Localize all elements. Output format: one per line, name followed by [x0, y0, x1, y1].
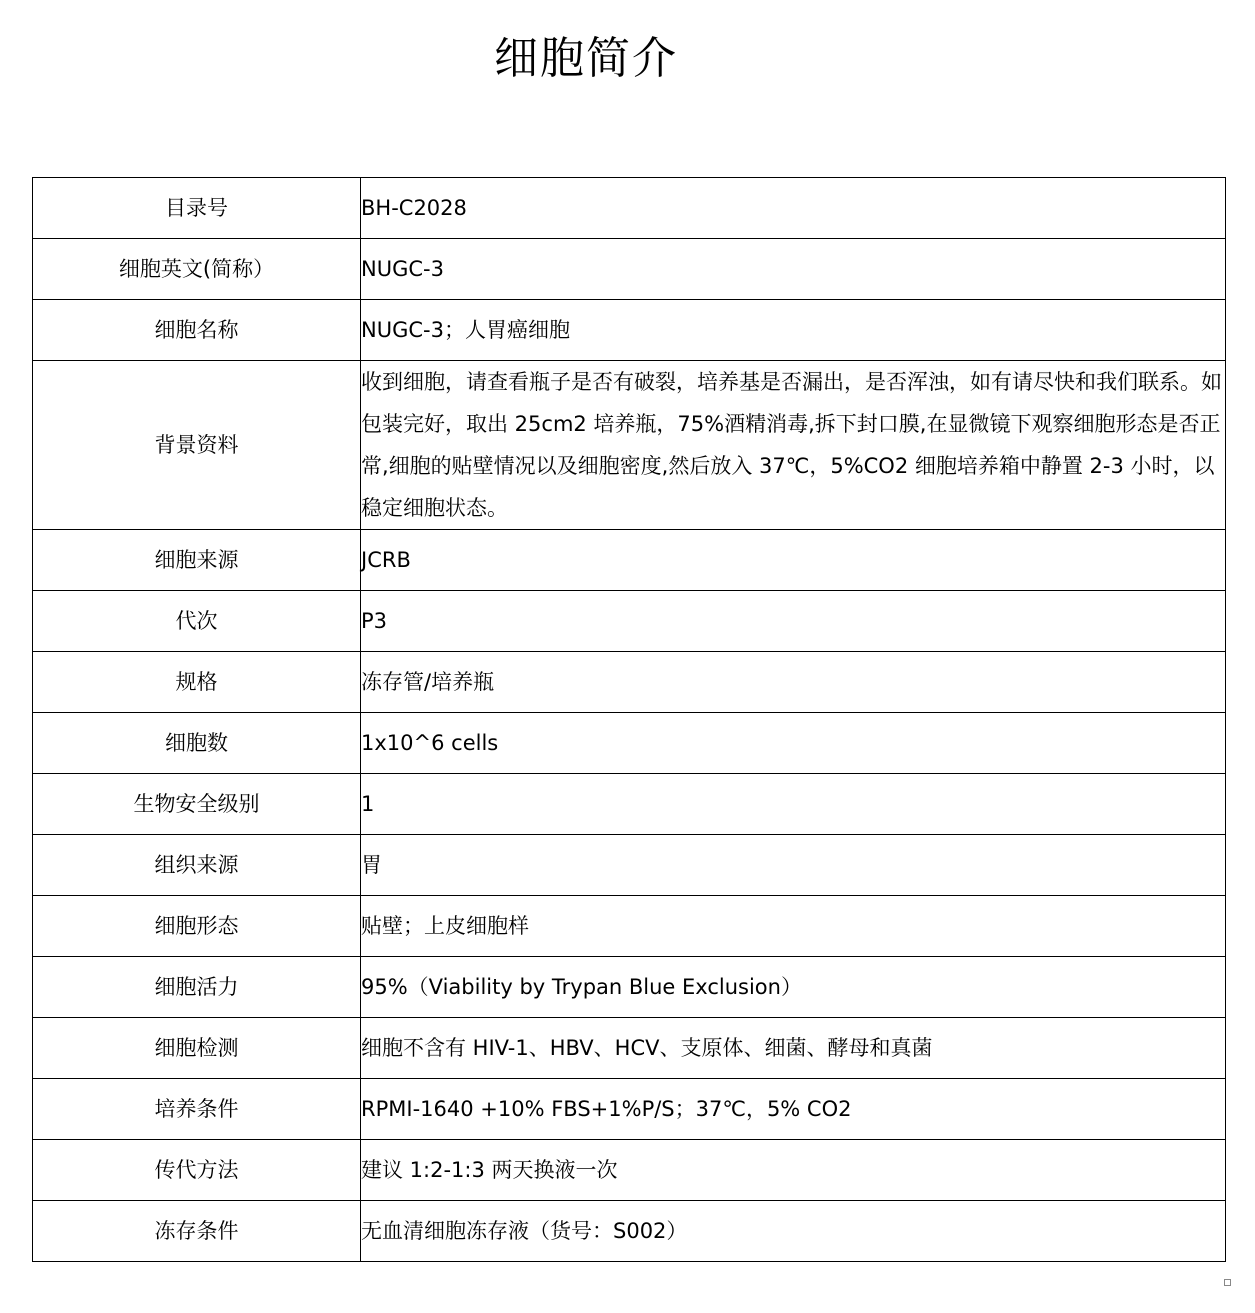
row-value: 胃 [361, 835, 1226, 896]
table-row-morphology: 细胞形态 贴壁；上皮细胞样 [33, 896, 1226, 957]
table-row-cell-name: 细胞名称 NUGC-3；人胃癌细胞 [33, 300, 1226, 361]
row-value: P3 [361, 591, 1226, 652]
table-row-source: 细胞来源 JCRB [33, 530, 1226, 591]
row-label: 培养条件 [33, 1079, 361, 1140]
table-row-freezing-conditions: 冻存条件 无血清细胞冻存液（货号：S002） [33, 1201, 1226, 1262]
row-value: NUGC-3 [361, 239, 1226, 300]
row-label: 细胞检测 [33, 1018, 361, 1079]
row-label: 生物安全级别 [33, 774, 361, 835]
row-label: 细胞活力 [33, 957, 361, 1018]
row-value: 收到细胞，请查看瓶子是否有破裂，培养基是否漏出，是否浑浊，如有请尽快和我们联系。… [361, 361, 1226, 530]
row-value: 95%（Viability by Trypan Blue Exclusion） [361, 957, 1226, 1018]
row-label: 规格 [33, 652, 361, 713]
row-label: 细胞英文(简称） [33, 239, 361, 300]
table-row-biosafety-level: 生物安全级别 1 [33, 774, 1226, 835]
row-value: 冻存管/培养瓶 [361, 652, 1226, 713]
row-label: 代次 [33, 591, 361, 652]
table-row-testing: 细胞检测 细胞不含有 HIV-1、HBV、HCV、支原体、细菌、酵母和真菌 [33, 1018, 1226, 1079]
row-label: 细胞名称 [33, 300, 361, 361]
row-label: 组织来源 [33, 835, 361, 896]
row-value: 细胞不含有 HIV-1、HBV、HCV、支原体、细菌、酵母和真菌 [361, 1018, 1226, 1079]
row-value: BH-C2028 [361, 178, 1226, 239]
page-title: 细胞简介 [0, 22, 1172, 86]
table-row-viability: 细胞活力 95%（Viability by Trypan Blue Exclus… [33, 957, 1226, 1018]
row-value: 1 [361, 774, 1226, 835]
cell-info-table: 目录号 BH-C2028 细胞英文(简称） NUGC-3 细胞名称 NUGC-3… [32, 177, 1226, 1262]
table-row-specification: 规格 冻存管/培养瓶 [33, 652, 1226, 713]
row-value: NUGC-3；人胃癌细胞 [361, 300, 1226, 361]
row-value: 1x10^6 cells [361, 713, 1226, 774]
row-label: 传代方法 [33, 1140, 361, 1201]
table-row-cell-count: 细胞数 1x10^6 cells [33, 713, 1226, 774]
table-row-background: 背景资料 收到细胞，请查看瓶子是否有破裂，培养基是否漏出，是否浑浊，如有请尽快和… [33, 361, 1226, 530]
row-label: 细胞形态 [33, 896, 361, 957]
table-row-passage-method: 传代方法 建议 1:2-1:3 两天换液一次 [33, 1140, 1226, 1201]
table-row-english-name: 细胞英文(简称） NUGC-3 [33, 239, 1226, 300]
row-value: 贴壁；上皮细胞样 [361, 896, 1226, 957]
row-label: 冻存条件 [33, 1201, 361, 1262]
row-label: 细胞数 [33, 713, 361, 774]
row-label: 目录号 [33, 178, 361, 239]
row-value: RPMI-1640 +10% FBS+1%P/S；37℃，5% CO2 [361, 1079, 1226, 1140]
table-resize-handle-icon [1224, 1279, 1231, 1286]
row-value: JCRB [361, 530, 1226, 591]
table-row-tissue-source: 组织来源 胃 [33, 835, 1226, 896]
row-label: 细胞来源 [33, 530, 361, 591]
table-row-passage: 代次 P3 [33, 591, 1226, 652]
table-row-culture-conditions: 培养条件 RPMI-1640 +10% FBS+1%P/S；37℃，5% CO2 [33, 1079, 1226, 1140]
table-row-catalog-number: 目录号 BH-C2028 [33, 178, 1226, 239]
row-value: 无血清细胞冻存液（货号：S002） [361, 1201, 1226, 1262]
row-label: 背景资料 [33, 361, 361, 530]
row-value: 建议 1:2-1:3 两天换液一次 [361, 1140, 1226, 1201]
